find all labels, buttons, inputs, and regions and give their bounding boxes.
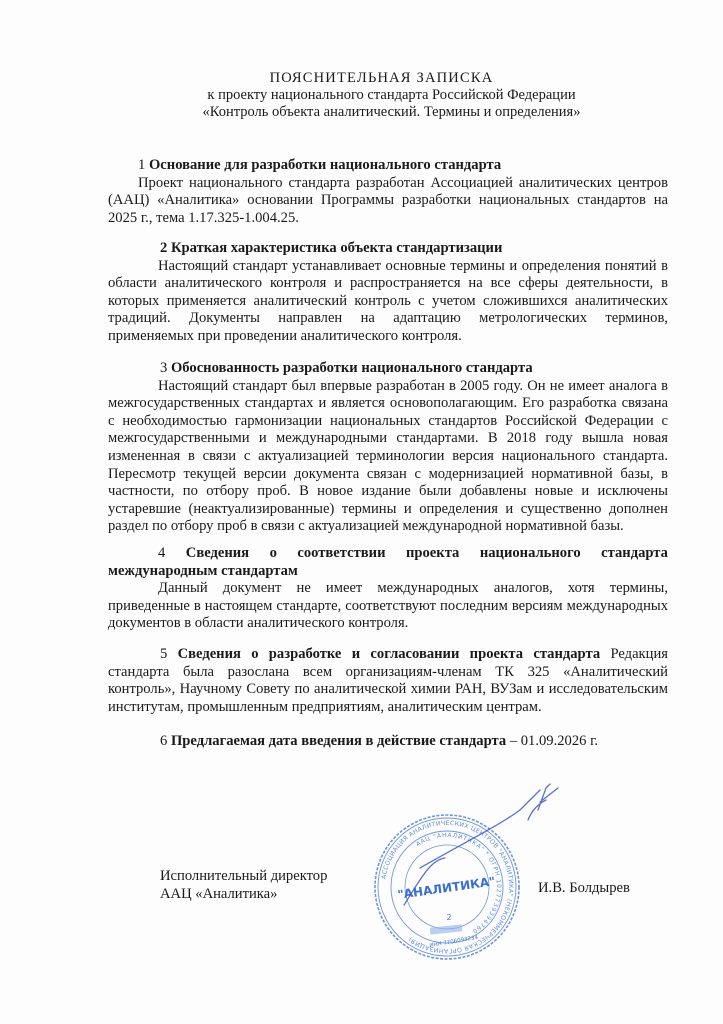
heading-word: проекта	[406, 545, 459, 563]
svg-text:2: 2	[446, 913, 451, 922]
section-6-paragraph: 6 Предлагаемая дата введения в действие …	[108, 733, 668, 751]
section-heading: Сведения о разработке и согласовании про…	[178, 646, 601, 662]
section-5: 5 Сведения о разработке и согласовании п…	[108, 646, 668, 716]
section-heading: Предлагаемая дата введения в действие ст…	[171, 733, 506, 749]
section-4: 4 Сведения о соответствии проекта национ…	[108, 545, 668, 633]
section-3: 3 Обоснованность разработки национальног…	[108, 360, 668, 536]
section-heading: Основание для разработки национального с…	[149, 157, 501, 173]
section-1-body: Проект национального стандарта разработа…	[108, 175, 668, 228]
section-5-paragraph: 5 Сведения о разработке и согласовании п…	[108, 646, 668, 716]
document-subtitle-line1: к проекту национального стандарта Россий…	[60, 87, 723, 104]
document-page: ПОЯСНИТЕЛЬНАЯ ЗАПИСКА к проекту национал…	[0, 0, 723, 1024]
signatory-position: Исполнительный директор ААЦ «Аналитика»	[160, 868, 327, 903]
section-1-heading: 1 Основание для разработки национального…	[108, 157, 668, 175]
section-3-body: Настоящий стандарт был впервые разработа…	[108, 378, 668, 536]
heading-word: соответствии	[297, 545, 385, 563]
section-heading: Краткая характеристика объекта стандарти…	[171, 240, 502, 256]
section-number: 4	[158, 545, 165, 563]
document-title: ПОЯСНИТЕЛЬНАЯ ЗАПИСКА	[40, 70, 723, 87]
section-number: 6	[160, 733, 167, 749]
section-number: 5	[160, 646, 167, 662]
section-number: 2	[160, 240, 167, 256]
document-subtitle-line2: «Контроль объекта аналитический. Термины…	[60, 104, 723, 121]
section-2-heading: 2 Краткая характеристика объекта стандар…	[108, 240, 668, 258]
section-number: 3	[160, 360, 167, 376]
heading-word: стандарта	[601, 545, 668, 563]
section-heading: Обоснованность разработки национального …	[171, 360, 533, 376]
section-4-heading-line2: международным стандартам	[108, 563, 668, 581]
section-3-heading: 3 Обоснованность разработки национальног…	[108, 360, 668, 378]
section-2: 2 Краткая характеристика объекта стандар…	[108, 240, 668, 346]
heading-word: Сведения	[186, 545, 249, 563]
heading-word: национального	[480, 545, 581, 563]
section-6: 6 Предлагаемая дата введения в действие …	[108, 733, 668, 751]
section-number: 1	[138, 157, 145, 173]
organization-name: ААЦ «Аналитика»	[160, 886, 327, 904]
section-6-date: – 01.09.2026 г.	[510, 733, 598, 749]
section-4-body: Данный документ не имеет международных а…	[108, 580, 668, 633]
handwritten-signature-icon	[400, 780, 600, 910]
section-2-body: Настоящий стандарт устанавливает основны…	[108, 258, 668, 346]
section-1: 1 Основание для разработки национального…	[108, 157, 668, 227]
section-4-heading: 4 Сведения о соответствии проекта национ…	[108, 545, 668, 563]
document-header: ПОЯСНИТЕЛЬНАЯ ЗАПИСКА к проекту национал…	[0, 70, 723, 121]
heading-word: о	[270, 545, 277, 563]
position-title: Исполнительный директор	[160, 868, 327, 886]
